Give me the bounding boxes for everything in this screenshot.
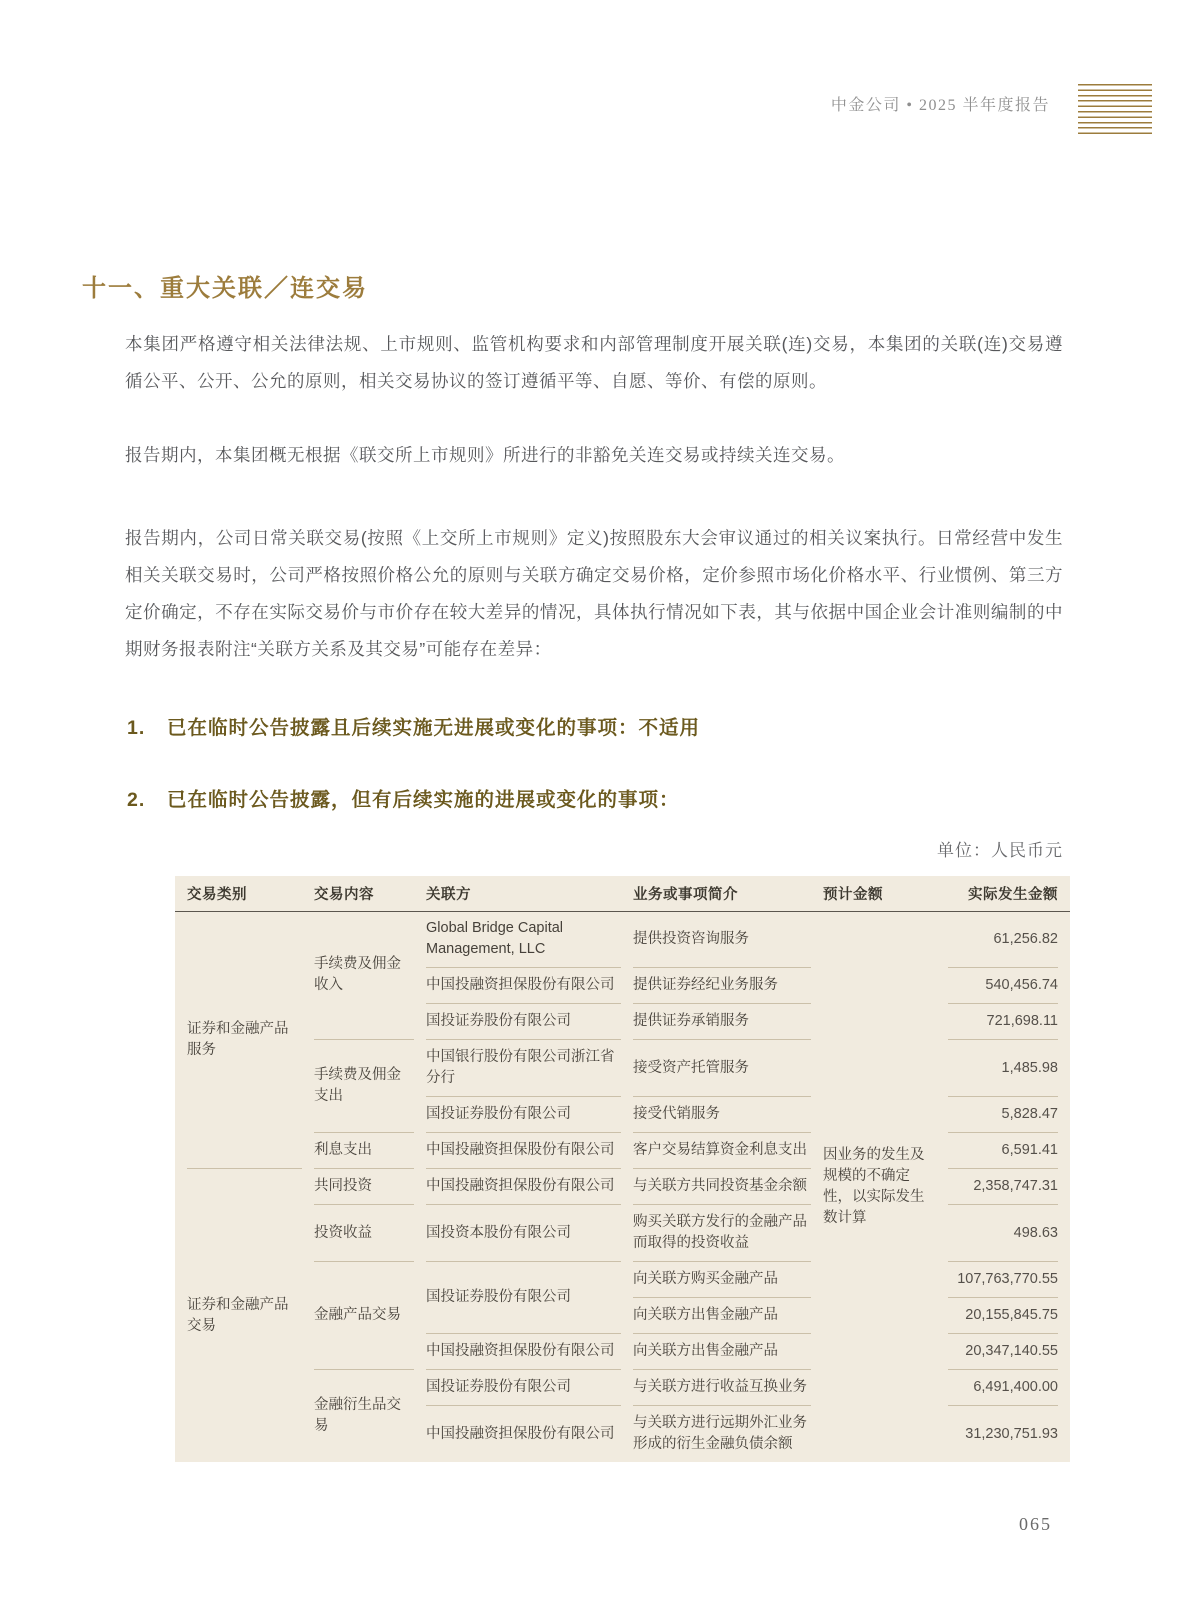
desc-cell: 客户交易结算资金利息支出 [633, 1133, 811, 1169]
forecast-note-cell: 因业务的发生及规模的不确定性，以实际发生数计算 [823, 911, 936, 1462]
amount-cell: 20,347,140.55 [948, 1334, 1058, 1370]
amount-cell: 498.63 [948, 1205, 1058, 1262]
desc-cell: 与关联方进行收益互换业务 [633, 1370, 811, 1406]
party-cell: 国投证券股份有限公司 [426, 1004, 621, 1040]
header-cell-amount: 实际发生金额 [948, 876, 1058, 911]
desc-cell: 提供证券承销服务 [633, 1004, 811, 1040]
desc-cell: 与关联方进行远期外汇业务形成的衍生金融负债余额 [633, 1406, 811, 1462]
party-cell: Global Bridge Capital Management, LLC [426, 911, 621, 968]
running-header-title: 中金公司 • 2025 半年度报告 [831, 92, 1050, 115]
unit-label: 单位：人民币元 [0, 836, 1063, 861]
desc-cell: 接受资产托管服务 [633, 1040, 811, 1097]
header-cell-forecast: 预计金额 [823, 876, 936, 911]
header-cell-category: 交易类别 [187, 876, 302, 911]
party-cell: 国投证券股份有限公司 [426, 1097, 621, 1133]
desc-cell: 与关联方共同投资基金余额 [633, 1169, 811, 1205]
content-cell: 共同投资 [314, 1169, 414, 1205]
amount-cell: 540,456.74 [948, 968, 1058, 1004]
desc-cell: 提供证券经纪业务服务 [633, 968, 811, 1004]
content-cell: 手续费及佣金收入 [314, 911, 414, 1040]
party-cell: 中国投融资担保股份有限公司 [426, 968, 621, 1004]
desc-cell: 接受代销服务 [633, 1097, 811, 1133]
numbered-item-2: 2. 已在临时公告披露，但有后续实施的进展或变化的事项： [127, 787, 1063, 814]
item-1-text: 已在临时公告披露且后续实施无进展或变化的事项：不适用 [167, 715, 700, 742]
header-cell-desc: 业务或事项简介 [633, 876, 811, 911]
table-header-row: 交易类别 交易内容 关联方 业务或事项简介 预计金额 实际发生金额 [187, 876, 1058, 911]
content-cell: 手续费及佣金支出 [314, 1040, 414, 1133]
amount-cell: 1,485.98 [948, 1040, 1058, 1097]
amount-cell: 20,155,845.75 [948, 1298, 1058, 1334]
table-header-rule [175, 911, 1070, 912]
party-cell: 中国投融资担保股份有限公司 [426, 1334, 621, 1370]
party-cell: 国投证券股份有限公司 [426, 1370, 621, 1406]
amount-cell: 721,698.11 [948, 1004, 1058, 1040]
report-stripes-icon [1078, 84, 1152, 136]
party-cell: 中国投融资担保股份有限公司 [426, 1169, 621, 1205]
header-cell-content: 交易内容 [314, 876, 414, 911]
running-header: 中金公司 • 2025 半年度报告 [831, 84, 1152, 136]
section-title: 十一、重大关联／连交易 [82, 268, 1190, 303]
related-transactions-table: 交易类别 交易内容 关联方 业务或事项简介 预计金额 实际发生金额 证券和金融产… [175, 876, 1070, 1462]
amount-cell: 6,591.41 [948, 1133, 1058, 1169]
content-cell: 利息支出 [314, 1133, 414, 1169]
desc-cell: 向关联方购买金融产品 [633, 1262, 811, 1298]
paragraph-daily-transactions: 报告期内，公司日常关联交易(按照《上交所上市规则》定义)按照股东大会审议通过的相… [125, 520, 1063, 668]
content-cell: 金融衍生品交易 [314, 1370, 414, 1462]
item-1-number: 1. [127, 715, 167, 742]
header-cell-party: 关联方 [426, 876, 621, 911]
amount-cell: 2,358,747.31 [948, 1169, 1058, 1205]
content-cell: 金融产品交易 [314, 1262, 414, 1370]
category-cell: 证券和金融产品交易 [187, 1169, 302, 1462]
party-cell: 中国投融资担保股份有限公司 [426, 1406, 621, 1462]
party-cell: 中国银行股份有限公司浙江省分行 [426, 1040, 621, 1097]
report-page: 中金公司 • 2025 半年度报告 十一、重大关联／连交易 本集团严格遵守相关法… [0, 0, 1190, 1615]
item-2-number: 2. [127, 787, 167, 814]
desc-cell: 提供投资咨询服务 [633, 911, 811, 968]
category-cell: 证券和金融产品服务 [187, 911, 302, 1169]
amount-cell: 6,491,400.00 [948, 1370, 1058, 1406]
amount-cell: 31,230,751.93 [948, 1406, 1058, 1462]
paragraph-hkex: 报告期内，本集团概无根据《联交所上市规则》所进行的非豁免关连交易或持续关连交易。 [125, 437, 1063, 474]
amount-cell: 61,256.82 [948, 911, 1058, 968]
party-cell: 国投资本股份有限公司 [426, 1205, 621, 1262]
table-row: 证券和金融产品服务 手续费及佣金收入 Global Bridge Capital… [187, 911, 1058, 968]
content-cell: 投资收益 [314, 1205, 414, 1262]
amount-cell: 5,828.47 [948, 1097, 1058, 1133]
page-number: 065 [1019, 1514, 1052, 1535]
party-cell: 国投证券股份有限公司 [426, 1262, 621, 1334]
item-2-text: 已在临时公告披露，但有后续实施的进展或变化的事项： [167, 787, 680, 814]
amount-cell: 107,763,770.55 [948, 1262, 1058, 1298]
party-cell: 中国投融资担保股份有限公司 [426, 1133, 621, 1169]
desc-cell: 购买关联方发行的金融产品而取得的投资收益 [633, 1205, 811, 1262]
desc-cell: 向关联方出售金融产品 [633, 1298, 811, 1334]
paragraph-compliance: 本集团严格遵守相关法律法规、上市规则、监管机构要求和内部管理制度开展关联(连)交… [125, 326, 1063, 400]
desc-cell: 向关联方出售金融产品 [633, 1334, 811, 1370]
numbered-item-1: 1. 已在临时公告披露且后续实施无进展或变化的事项：不适用 [127, 715, 1063, 742]
